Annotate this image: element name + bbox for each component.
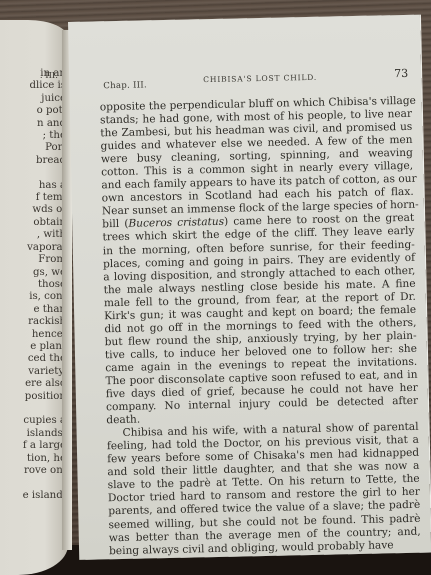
- left-text-line: e island,: [0, 490, 66, 502]
- running-head: CHIBISA'S LOST CHILD.: [203, 73, 317, 84]
- left-text-line: [0, 403, 66, 415]
- left-text-line: variety,: [0, 366, 66, 378]
- left-book-page: . III. in andlice isjuiceo pot,n and; th…: [0, 20, 68, 575]
- left-text-line: Por-: [0, 142, 66, 154]
- left-text-line: in an: [0, 68, 66, 80]
- left-text-line: rackish: [0, 316, 66, 328]
- left-text-line: e plant: [0, 341, 66, 353]
- left-text-line: ced the: [0, 353, 66, 365]
- left-text-line: has a: [0, 180, 66, 192]
- left-text-line: hence,: [0, 329, 66, 341]
- left-text-line: obtain: [0, 217, 66, 229]
- left-text-line: tion, he: [0, 453, 66, 465]
- left-text-line: e than: [0, 304, 66, 316]
- left-text-line: f a large: [0, 440, 66, 452]
- chapter-label: Chap. III.: [103, 80, 147, 91]
- left-text-line: gs, we: [0, 267, 66, 279]
- left-text-line: juice: [0, 93, 66, 105]
- left-text-line: wds of: [0, 204, 66, 216]
- left-text-line: [0, 477, 66, 489]
- page-header: Chap. III. CHIBISA'S LOST CHILD. 73: [103, 67, 408, 89]
- left-text-line: [0, 167, 66, 179]
- left-text-line: dlice is: [0, 80, 66, 92]
- left-text-line: those: [0, 279, 66, 291]
- left-text-line: o pot,: [0, 105, 66, 117]
- left-text-line: ere also: [0, 378, 66, 390]
- left-text-line: ; the: [0, 130, 66, 142]
- left-text-line: f tem-: [0, 192, 66, 204]
- page-number: 73: [394, 67, 408, 80]
- left-text-line: islands,: [0, 428, 66, 440]
- left-text-line: rove on.: [0, 465, 66, 477]
- left-text-line: position: [0, 391, 66, 403]
- page-body-text: opposite the perpendicular bluff on whic…: [100, 95, 421, 558]
- left-text-line: vapora-: [0, 242, 66, 254]
- left-text-line: cupies a: [0, 415, 66, 427]
- left-text-line: From: [0, 254, 66, 266]
- left-page-text: in andlice isjuiceo pot,n and; thePor-br…: [0, 68, 68, 502]
- left-text-line: is, con-: [0, 291, 66, 303]
- left-text-line: , with: [0, 229, 66, 241]
- left-text-line: bread: [0, 155, 66, 167]
- left-text-line: n and: [0, 118, 66, 130]
- right-book-page: Chap. III. CHIBISA'S LOST CHILD. 73 oppo…: [68, 15, 431, 560]
